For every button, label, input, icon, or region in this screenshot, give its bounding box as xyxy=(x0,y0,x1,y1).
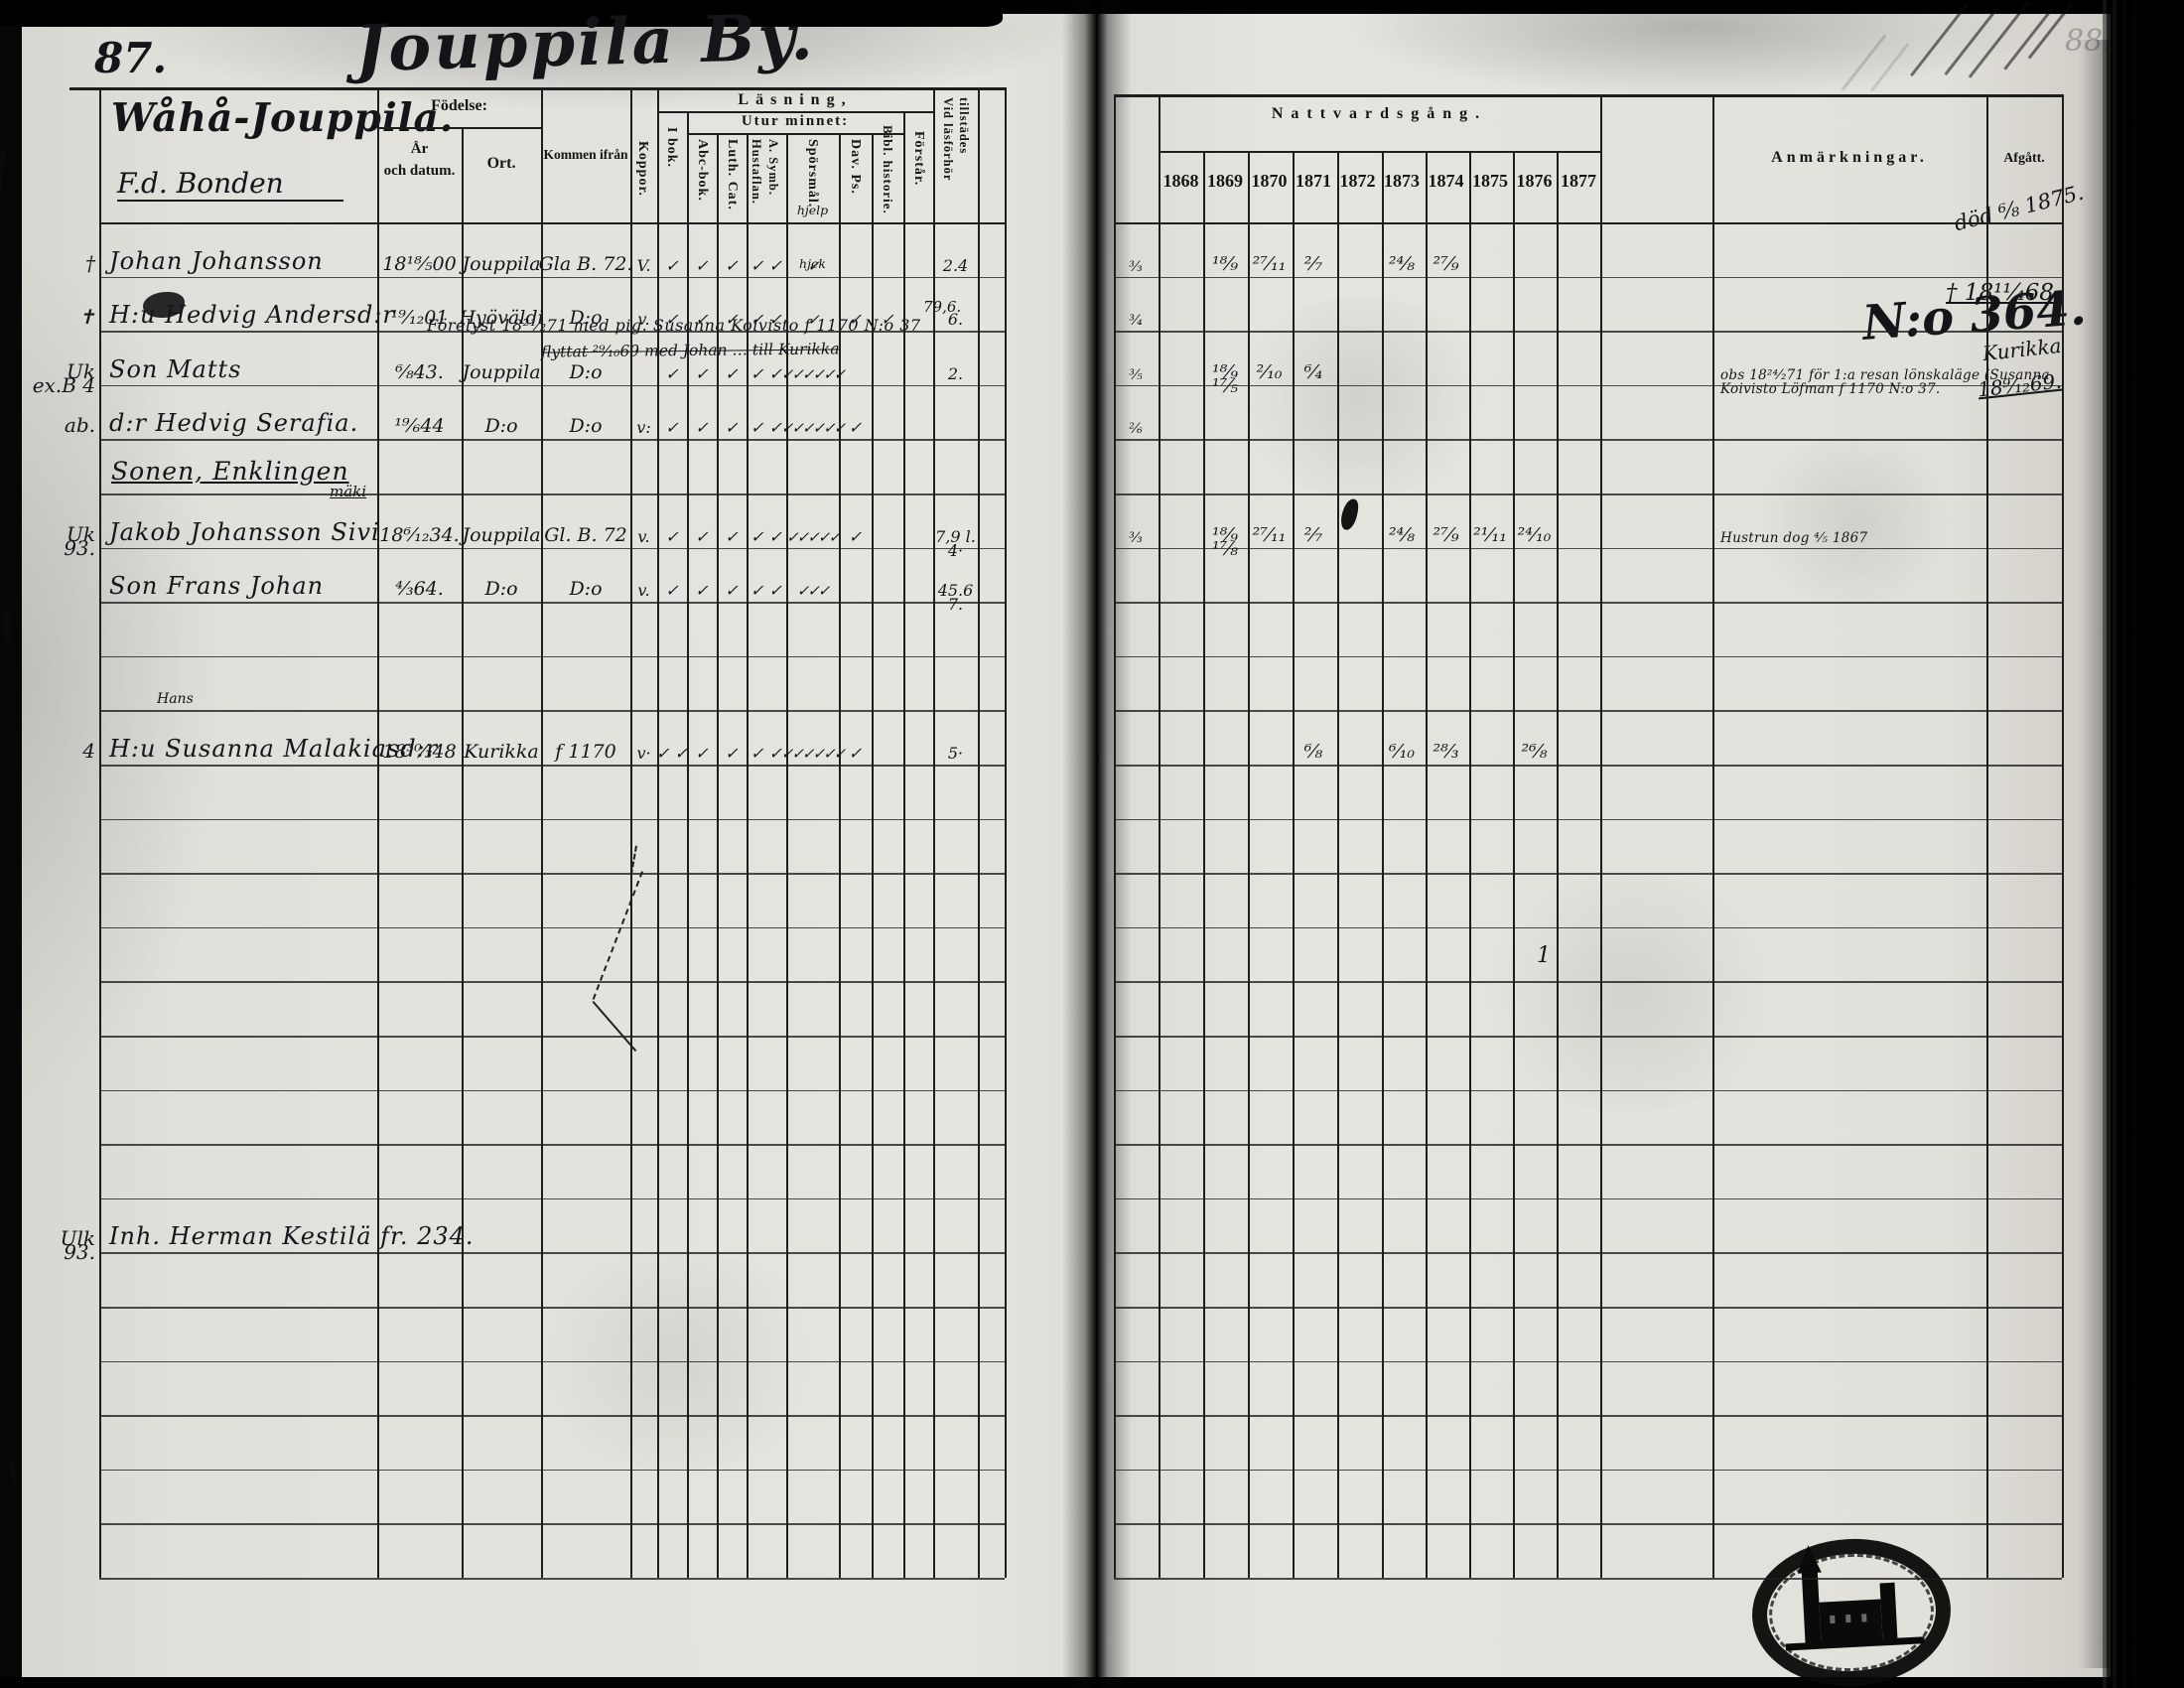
cell-abc: ✓ xyxy=(688,554,716,604)
grid-vline-right xyxy=(1600,94,1602,1578)
cell-kommen: D:o xyxy=(543,391,628,441)
cell-dav: ✓ xyxy=(840,283,871,333)
header-year-1869: 1869 xyxy=(1203,171,1247,192)
cell-margin: ✝ xyxy=(2,283,101,333)
margin-mark xyxy=(4,608,17,641)
grid-hline-row xyxy=(1114,1523,2062,1525)
cell-birth: 18⁶⁄₁₂34. xyxy=(379,499,460,549)
cell-y1869: ¹⁷⁄₈ xyxy=(1203,534,1247,563)
header-koppor: Koppor. xyxy=(634,141,650,222)
cell-margin: 93. xyxy=(2,534,101,563)
cell-ort: Jouppila xyxy=(464,228,539,278)
grid-hline-row xyxy=(1114,1361,2062,1363)
cell-hust: ✓ ✓ xyxy=(748,391,785,441)
cell-hust: ✓ ✓ xyxy=(748,283,785,333)
cell-hust: ✓ ✓ xyxy=(748,499,785,549)
cell-koppor: v: xyxy=(631,391,656,441)
page-number-left: 87. xyxy=(94,34,167,82)
header-forstar: Förstår. xyxy=(910,131,926,220)
cell-ibok: ✓ xyxy=(658,337,686,386)
margin-mark xyxy=(0,149,20,234)
grid-hline-header xyxy=(657,111,933,113)
grid-vline-right xyxy=(1382,151,1384,1578)
header-vid-lasforhor: Vid läsförhör xyxy=(940,97,955,220)
grid-vline-right xyxy=(1712,94,1714,1578)
cell-y1869: ¹⁷⁄₅ xyxy=(1203,371,1247,400)
cell-birth: 18¹⁸⁄₅00 xyxy=(379,228,460,278)
grid-vline-left xyxy=(1005,87,1007,1578)
grid-hline-row xyxy=(1114,1578,2062,1580)
section-label-sonen-enklingen: Sonen, Enklingen xyxy=(111,457,349,486)
cell-y1874: ²⁷⁄₉ xyxy=(1424,228,1468,278)
header-a-symb: A. Symb. xyxy=(765,139,780,222)
cell-remark: Koivisto Löfman f 1170 N:o 37. xyxy=(1720,371,1984,400)
grid-vline-right xyxy=(1986,94,1988,1578)
header-hustaflan: Hustaflan. xyxy=(749,139,763,222)
cell-y1873: ⁶⁄₁₀ xyxy=(1380,716,1424,766)
name-note-maki: mäki xyxy=(330,483,366,500)
cell-luth: ✓ xyxy=(718,228,746,278)
grid-hline-row xyxy=(1114,1415,2062,1417)
cell-spors: ✓✓✓ xyxy=(787,554,838,604)
cell-vid: 7. xyxy=(934,588,977,617)
header-lasning: Läsning, xyxy=(657,91,933,109)
cell-ort: D:o xyxy=(464,391,539,441)
cell-ort: Jouppila xyxy=(464,337,539,386)
cell-birth: ⁶⁄₈43. xyxy=(379,337,460,386)
cell-y1875: ²¹⁄₁₁ xyxy=(1468,499,1512,549)
grid-hline-row xyxy=(1114,1470,2062,1472)
cell-name: Johan Johansson xyxy=(105,228,379,278)
grid-hline-row xyxy=(99,819,1005,821)
header-year-1875: 1875 xyxy=(1468,171,1512,192)
header-luth-cat: Luth. Cat. xyxy=(724,139,740,222)
header-fodelse: Födelse: xyxy=(377,97,541,115)
header-year-1871: 1871 xyxy=(1292,171,1335,192)
page-title: Jouppila By. xyxy=(354,0,816,86)
grid-hline-row xyxy=(99,1361,1005,1363)
cell-birth: 18³⁰⁄₃48 xyxy=(379,716,460,766)
parish-archive-stamp xyxy=(1748,1534,1954,1688)
grid-hline-row xyxy=(1114,819,2062,821)
header-abc-bok: Abc-bok. xyxy=(694,139,710,222)
header-ar: År xyxy=(377,141,462,158)
cell-vid: 2.4 xyxy=(934,228,977,278)
grid-hline-row xyxy=(1114,710,2062,712)
stamp-window xyxy=(1861,1614,1866,1621)
grid-hline-row xyxy=(1114,927,2062,929)
page-number-right-faint: 88. xyxy=(2065,24,2113,59)
grid-hline-row xyxy=(99,1523,1005,1525)
stamp-church-side-tower xyxy=(1879,1583,1897,1641)
cell-luth: ✓ xyxy=(718,499,746,549)
grid-hline-row xyxy=(1114,1144,2062,1146)
cell-ibok: ✓ xyxy=(658,554,686,604)
cell-dav: ✓ xyxy=(840,499,871,549)
header-i-bok: I bok. xyxy=(663,127,679,220)
grid-hline-row xyxy=(99,493,1005,495)
cell-abc: ✓ xyxy=(688,337,716,386)
grid-hline-row xyxy=(99,656,1005,658)
cell-y1871: ²⁄₇ xyxy=(1292,228,1335,278)
grid-hline-row xyxy=(99,1578,1005,1580)
grid-hline-header xyxy=(1159,151,1600,153)
cell-y1876: ²⁶⁄₈ xyxy=(1512,716,1557,766)
grid-hline-row xyxy=(99,1036,1005,1038)
grid-hline-row xyxy=(1114,873,2062,875)
cell-y1873: ²⁴⁄₈ xyxy=(1380,228,1424,278)
cell-margin: † xyxy=(2,228,101,278)
grid-hline-header xyxy=(1114,222,2062,224)
cell-remark: Hustrun dog ⁴⁄₅ 1867 xyxy=(1720,499,1984,549)
cell-spors: ✓✓✓✓✓✓ xyxy=(787,716,838,766)
cell-koppor: v. xyxy=(631,554,656,604)
stamp-window xyxy=(1830,1616,1835,1623)
grid-hline-row xyxy=(99,1198,1005,1200)
header-year-1877: 1877 xyxy=(1557,171,1600,192)
header-ort: Ort. xyxy=(462,155,541,173)
cell-spors: ✓ xyxy=(787,283,838,333)
grid-vline-right xyxy=(1426,151,1428,1578)
cell-spors: ✓✓✓✓✓ xyxy=(787,499,838,549)
cell-y1876: ²⁴⁄₁₀ xyxy=(1512,499,1557,549)
cell-abc: ✓ xyxy=(688,391,716,441)
cell-rmargin: ³⁄₅ xyxy=(1114,337,1158,386)
cell-spors: ✓ xyxy=(787,228,838,278)
cell-y1873: ²⁴⁄₈ xyxy=(1380,499,1424,549)
cell-hust: ✓ ✓ xyxy=(748,228,785,278)
grid-vline-right xyxy=(1337,151,1339,1578)
grid-hline-row xyxy=(1114,1036,2062,1038)
cell-luth: ✓ xyxy=(718,554,746,604)
grid-hline-row xyxy=(99,1470,1005,1472)
header-nattvardsgang: Nattvardsgång. xyxy=(1159,105,1600,123)
cell-ort: Kurikka xyxy=(464,716,539,766)
cell-name: Son Matts xyxy=(105,337,379,386)
grid-hline-row xyxy=(99,927,1005,929)
grid-vline-right xyxy=(1159,94,1160,1578)
cell-abc: ✓ xyxy=(688,716,716,766)
grid-hline-row xyxy=(1114,656,2062,658)
header-year-1868: 1868 xyxy=(1159,171,1203,192)
cell-name: d:r Hedvig Serafia. xyxy=(105,391,379,441)
cell-rmargin: ³⁄₃ xyxy=(1114,499,1158,549)
cell-name: Son Frans Johan xyxy=(105,554,379,604)
grid-hline-row xyxy=(99,1090,1005,1092)
cell-vid: 2. xyxy=(934,337,977,386)
sporsmal-note-row1: hjelp xyxy=(787,203,838,217)
cell-margin: 4 xyxy=(2,716,101,766)
grid-hline-row xyxy=(1114,1307,2062,1309)
grid-vline-right xyxy=(1513,151,1515,1578)
header-bibl-historie: Bibl. historie. xyxy=(880,125,895,222)
cell-y1871: ⁶⁄₈ xyxy=(1292,716,1335,766)
cell-y1869: ¹⁸⁄₉ xyxy=(1203,228,1247,278)
cell-ort: Hyöväldi xyxy=(464,283,539,333)
cell-spors: ✓✓✓✓✓✓ xyxy=(787,337,838,386)
cell-luth: ✓ xyxy=(718,716,746,766)
cell-kommen: Gl. B. 72 xyxy=(543,499,628,549)
stamp-window xyxy=(1845,1615,1850,1622)
header-och-datum: och datum. xyxy=(377,163,462,180)
cell-ibok: ✓ xyxy=(658,283,686,333)
cell-y1874: ²⁷⁄₉ xyxy=(1424,499,1468,549)
cell-name: Inh. Herman Kestilä fr. 234. xyxy=(105,1204,379,1254)
cell-name: Jakob Johansson Sivi xyxy=(105,499,379,549)
household-subheading: F.d. Bonden xyxy=(117,167,343,202)
cell-kommen: D:o xyxy=(543,337,628,386)
grid-hline-row xyxy=(99,981,1005,983)
cell-vid: 6. xyxy=(934,283,977,333)
header-anmarkningar: Anmärkningar. xyxy=(1712,149,1986,167)
grid-vline-left xyxy=(978,87,980,1578)
grid-hline-header xyxy=(99,222,1005,224)
cell-kommen: Gla B. 72. xyxy=(543,228,628,278)
header-afgatt: Afgått. xyxy=(1986,151,2062,167)
cell-name: H:u Hedvig Andersd:r xyxy=(105,283,379,333)
cell-ort: Jouppila xyxy=(464,499,539,549)
cell-rmargin: ²⁄₆ xyxy=(1114,391,1158,441)
grid-hline-row xyxy=(99,1144,1005,1146)
grid-hline-header xyxy=(687,133,903,135)
grid-hline-row xyxy=(1114,331,2062,333)
cell-y1874: ²⁸⁄₃ xyxy=(1424,716,1468,766)
afgatt-note-hedvig: † 18¹¹⁄₄68 xyxy=(1946,280,2054,306)
cell-y1870: ²⁷⁄₁₁ xyxy=(1247,228,1292,278)
grid-hline-row xyxy=(1114,439,2062,441)
grid-vline-right xyxy=(1557,151,1559,1578)
grid-hline-header xyxy=(377,127,541,129)
cell-rmargin: ³⁄₄ xyxy=(1114,283,1158,333)
grid-hline-row xyxy=(1114,765,2062,767)
header-year-1870: 1870 xyxy=(1247,171,1292,192)
name-note-hans: Hans xyxy=(157,691,194,707)
scanned-parish-register-page: 87. Jouppila By. 88. Wåhå-Jouppila. F.d.… xyxy=(0,0,2184,1688)
cell-ort: D:o xyxy=(464,554,539,604)
cell-abc: ✓ xyxy=(688,283,716,333)
header-year-1873: 1873 xyxy=(1380,171,1424,192)
header-year-1874: 1874 xyxy=(1424,171,1468,192)
stray-mark: 1 xyxy=(1537,943,1551,968)
cell-ibok: ✓ xyxy=(658,228,686,278)
cell-name: H:u Susanna Malakiasd:r xyxy=(105,716,379,766)
cell-y1870: ²⁷⁄₁₁ xyxy=(1247,499,1292,549)
cell-luth: ✓ xyxy=(718,337,746,386)
cell-kommen: D:o xyxy=(543,283,628,333)
cell-abc: ✓ xyxy=(688,499,716,549)
cell-y1870: ²⁄₁₀ xyxy=(1247,337,1292,386)
cell-koppor: v· xyxy=(631,716,656,766)
cell-kommen: D:o xyxy=(543,554,628,604)
grid-hline-row xyxy=(99,1307,1005,1309)
grid-vline-right xyxy=(1469,151,1471,1578)
cell-koppor: v. xyxy=(631,283,656,333)
cell-luth: ✓ xyxy=(718,283,746,333)
grid-hline-row xyxy=(1114,602,2062,604)
grid-hline-row xyxy=(99,873,1005,875)
grid-hline-header xyxy=(69,87,1007,90)
cell-hust: ✓ ✓ xyxy=(748,337,785,386)
cell-spors: ✓✓✓✓✓✓ xyxy=(787,391,838,441)
cell-rmargin: ³⁄₃ xyxy=(1114,228,1158,278)
cell-margin: ab. xyxy=(2,391,101,441)
cell-birth: ¹⁹⁄₆44 xyxy=(379,391,460,441)
header-kommen-ifran: Kommen ifrån xyxy=(541,147,630,163)
cell-bibl: ✓ xyxy=(873,283,902,333)
grid-vline-right xyxy=(2062,94,2064,1578)
cell-y1871: ⁶⁄₄ xyxy=(1292,337,1335,386)
book-binding-edge xyxy=(2103,0,2184,1688)
cell-ibok: ✓ xyxy=(658,499,686,549)
cell-hust: ✓ ✓ xyxy=(748,554,785,604)
cell-ibok: ✓ xyxy=(658,391,686,441)
grid-hline-header xyxy=(1114,94,2064,97)
cell-dav: ✓ xyxy=(840,391,871,441)
header-utur-minnet: Utur minnet: xyxy=(687,113,903,130)
header-tillstades: tillstädes xyxy=(956,97,971,220)
cell-vid: 5· xyxy=(934,716,977,766)
grid-hline-row xyxy=(1114,1198,2062,1200)
cell-hust: ✓ ✓ xyxy=(748,716,785,766)
cell-y1871: ²⁄₇ xyxy=(1292,499,1335,549)
grid-hline-row xyxy=(1114,1090,2062,1092)
header-dav-ps: Dav. Ps. xyxy=(847,139,863,222)
cell-kommen: f 1170 xyxy=(543,716,628,766)
grid-hline-row xyxy=(1114,1252,2062,1254)
grid-hline-row xyxy=(99,710,1005,712)
cell-luth: ✓ xyxy=(718,391,746,441)
grid-hline-row xyxy=(99,1415,1005,1417)
cell-birth: ⁴⁄₃64. xyxy=(379,554,460,604)
header-year-1872: 1872 xyxy=(1335,171,1380,192)
cell-koppor: V. xyxy=(631,228,656,278)
cell-abc: ✓ xyxy=(688,228,716,278)
grid-hline-row xyxy=(1114,493,2062,495)
cell-margin: 93. xyxy=(2,1238,101,1267)
cell-dav: ✓ xyxy=(840,716,871,766)
cell-koppor: v. xyxy=(631,499,656,549)
cell-ibok: ✓ ✓ xyxy=(658,716,686,766)
header-year-1876: 1876 xyxy=(1512,171,1557,192)
grid-hline-row xyxy=(1114,981,2062,983)
cell-birth: ¹⁹⁄₁₂01 xyxy=(379,283,460,333)
